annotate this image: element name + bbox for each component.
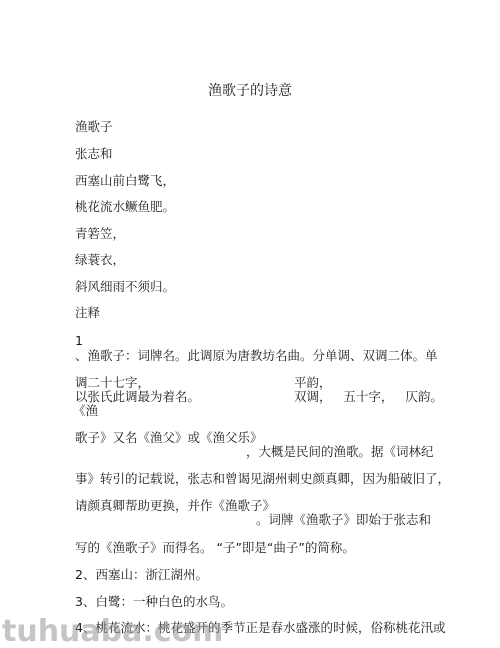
note-text: 事》转引的记载说，张志和曾谒见湖州刺史颜真卿，因为船破旧了， bbox=[75, 472, 450, 486]
note-text: 写的《渔歌子》而得名。 “子”即是“曲子”的简称。 bbox=[75, 541, 355, 555]
note-2: 2、西塞山：浙江湖州。 bbox=[75, 568, 208, 582]
note-text: 调二十七字， bbox=[75, 376, 150, 390]
notes-heading: 注释 bbox=[75, 306, 100, 320]
poem-line: 青箬笠， bbox=[75, 227, 125, 241]
note-3: 3、白鹭：一种白色的水鸟。 bbox=[75, 595, 233, 609]
poem-author: 张志和 bbox=[75, 147, 113, 161]
note-text: 。词牌《渔歌子》即始于张志和 bbox=[256, 513, 431, 527]
note-text: 平韵， bbox=[294, 376, 332, 390]
poem-line: 桃花流水鳜鱼肥。 bbox=[75, 200, 175, 214]
note-text: 双调， 五十字， 仄韵。 bbox=[294, 390, 443, 404]
note-text: 《渔 bbox=[73, 404, 98, 418]
poem-line: 斜风细雨不须归。 bbox=[75, 280, 175, 294]
note-text: ，大概是民间的渔歌。据《词林纪 bbox=[246, 445, 434, 459]
page-title: 渔歌子的诗意 bbox=[0, 80, 500, 100]
note-text: 以张氏此调最为着名。 bbox=[75, 390, 200, 404]
poem-name: 渔歌子 bbox=[75, 120, 113, 134]
note-text: 、渔歌子：词牌名。此调原为唐教坊名曲。分单调、双调二体。单 bbox=[75, 349, 438, 363]
note-text: 歌子》又名《渔父》或《渔父乐》 bbox=[75, 431, 263, 445]
poem-line: 绿蓑衣， bbox=[75, 253, 125, 267]
poem-line: 西塞山前白鹭飞， bbox=[75, 174, 175, 188]
note-number: 1 bbox=[75, 334, 83, 348]
note-text: 请颜真卿帮助更换，并作《渔歌子》 bbox=[75, 499, 275, 513]
watermark: tuhuaba.com bbox=[2, 614, 223, 648]
